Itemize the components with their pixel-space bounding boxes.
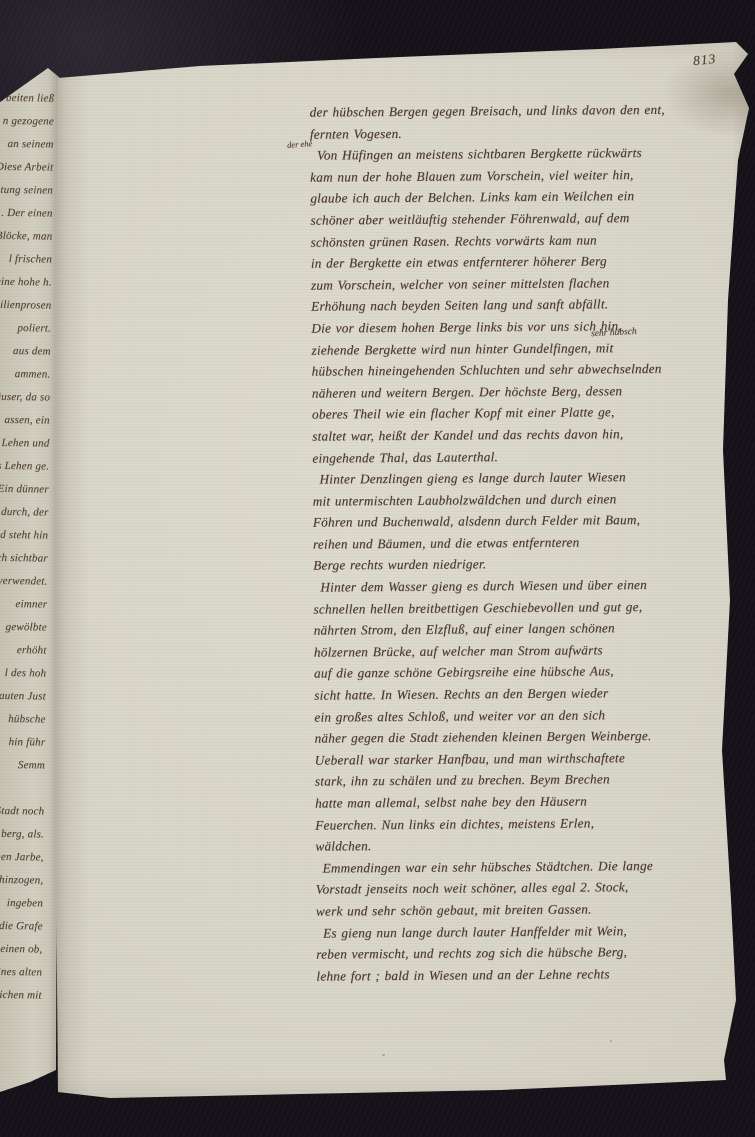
- manuscript-line: wäldchen.: [315, 833, 723, 858]
- margin-text-fragment: berg, als.: [0, 820, 44, 846]
- margin-text-fragment: verwendet.: [0, 567, 48, 593]
- margin-text-fragment: [0, 774, 45, 800]
- margin-text-fragment: durch, der: [0, 498, 49, 524]
- margin-text-fragment: gewölbte: [0, 613, 47, 639]
- margin-text-fragment: Ein dünner: [0, 475, 49, 501]
- margin-text-fragment: ch sichtbar: [0, 544, 48, 570]
- margin-text-fragment: s Lehen ge.: [0, 452, 49, 478]
- manuscript-line: zum Vorschein, welcher von seiner mittel…: [311, 271, 719, 296]
- margin-text-fragment: eine hohe h.: [0, 268, 52, 294]
- margin-text-fragment: n gezogene: [0, 108, 54, 134]
- facing-page-edge: Arbeiten ließn gezogenean seinemDiese Ar…: [0, 62, 62, 1102]
- manuscript-line: lehne fort ; bald in Wiesen und an der L…: [316, 962, 724, 987]
- manuscript-line: ziehende Bergkette wird nun hinter Gunde…: [311, 336, 719, 361]
- margin-text-fragment: die Grafe: [0, 912, 43, 938]
- margin-text-fragment: hen Jarbe,: [0, 843, 44, 869]
- manuscript-line: stark, ihn zu schälen und zu brechen. Be…: [315, 768, 723, 793]
- margin-text-fragment: . Der einen: [0, 199, 53, 225]
- manuscript-line: Die vor diesem hohen Berge links bis vor…: [311, 314, 719, 339]
- margin-text-fragment: l des hoh: [0, 659, 46, 685]
- manuscript-text-block: der hübschen Bergen gegen Breisach, und …: [310, 98, 725, 987]
- margin-text-fragment: an seinem: [0, 131, 54, 157]
- page-number: 813: [692, 51, 717, 69]
- margin-text-fragment: eimner: [0, 590, 47, 616]
- margin-text-fragment: Blöcke, man: [0, 222, 52, 248]
- margin-text-fragment: ichen mit: [0, 981, 42, 1007]
- margin-text-fragment: erhöht: [0, 636, 47, 662]
- margin-text-fragment: hübsche: [0, 705, 46, 731]
- manuscript-line: Emmendingen war ein sehr hübsches Städtc…: [315, 854, 723, 879]
- margin-text-fragment: ammen.: [0, 360, 51, 386]
- margin-text-fragment: aus dem: [0, 337, 51, 363]
- margin-text-fragment: hin führ: [0, 728, 45, 754]
- margin-text-fragment: eines alten: [0, 958, 42, 984]
- margin-text-fragment: hinzogen,: [0, 866, 43, 892]
- manuscript-line: näheren und weitern Bergen. Der höchste …: [312, 379, 720, 404]
- margin-text-fragment: ingeben: [0, 889, 43, 915]
- manuscript-page: 813 der hübschen Bergen gegen Breisach, …: [50, 40, 752, 1102]
- scan-bed-background: Arbeiten ließn gezogenean seinemDiese Ar…: [0, 0, 755, 1137]
- manuscript-line: Erhöhung nach beyden Seiten lang und san…: [311, 293, 719, 318]
- manuscript-line: Vorstadt jenseits noch weit schöner, all…: [316, 876, 724, 901]
- margin-text-fragment: auten Just: [0, 682, 46, 708]
- facing-page-text-fragments: Arbeiten ließn gezogenean seinemDiese Ar…: [0, 85, 54, 1008]
- margin-text-fragment: Semm: [0, 751, 45, 777]
- margin-text-fragment: tung seinen: [0, 177, 53, 203]
- margin-text-fragment: einen ob,: [0, 935, 43, 961]
- margin-text-fragment: l frischen: [0, 245, 52, 271]
- manuscript-line: der hübschen Bergen gegen Breisach, und …: [310, 98, 718, 123]
- ink-fleck: [382, 1054, 385, 1056]
- margin-text-fragment: poliert.: [0, 314, 51, 340]
- ink-fleck: [610, 1040, 613, 1043]
- margin-text-fragment: Arbeiten ließ: [0, 85, 54, 111]
- manuscript-line: hatte man allemal, selbst nahe bey den H…: [315, 789, 723, 814]
- margin-text-fragment: Diese Arbeit: [0, 154, 53, 180]
- margin-text-fragment: Lehen und: [0, 429, 50, 455]
- interline-insertion-1: der ehe: [287, 138, 313, 150]
- margin-text-fragment: assen, ein: [0, 406, 50, 432]
- margin-text-fragment: äuser, da so: [0, 383, 50, 409]
- margin-text-fragment: d steht hin: [0, 521, 48, 547]
- margin-text-fragment: Lilienprosen: [0, 291, 52, 317]
- manuscript-line: Feuerchen. Nun links ein dichtes, meiste…: [315, 811, 723, 836]
- margin-text-fragment: Stadt noch: [0, 797, 44, 823]
- manuscript-line: hübschen hineingehenden Schluchten und s…: [312, 358, 720, 383]
